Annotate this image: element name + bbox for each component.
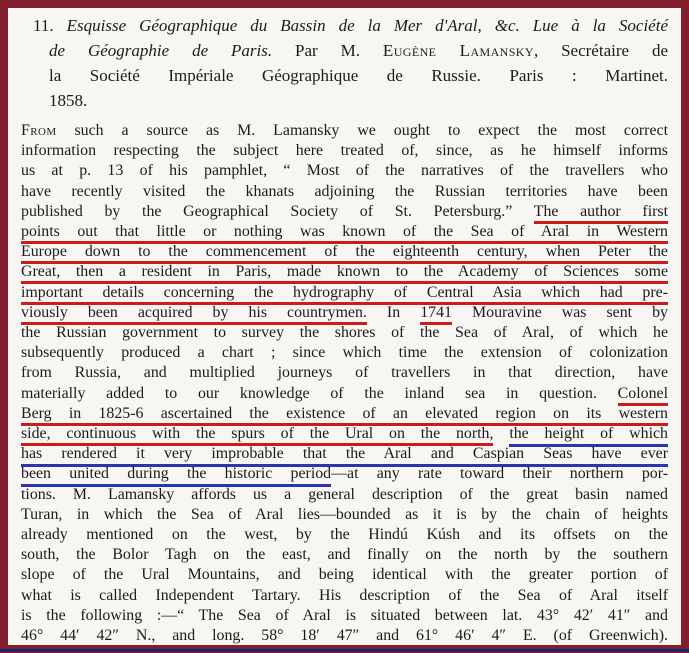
red-underlined-passage: viously been acquired by his countrymen. xyxy=(21,304,367,325)
body-line: Europe down to the commencement of the e… xyxy=(21,242,668,262)
body-line: side, continuous with the spurs of the U… xyxy=(21,424,668,444)
text-segment: Turan, in which the Sea of Aral lies—bou… xyxy=(21,506,668,523)
text-segment: what is called Independent Tartary. His … xyxy=(21,587,668,604)
body-line: Turan, in which the Sea of Aral lies—bou… xyxy=(21,505,668,525)
body-line: important details concerning the hydrogr… xyxy=(21,283,668,303)
text-segment: In xyxy=(367,304,420,321)
body-line: materially added to our knowledge of the… xyxy=(21,384,668,404)
body-line: south, the Bolor Tagh on the east, and f… xyxy=(21,545,668,565)
body-line: From such a source as M. Lamansky we oug… xyxy=(21,121,668,141)
text-segment: information respecting the subject here … xyxy=(21,142,668,159)
text-segment: slope of the Ural Mountains, and being i… xyxy=(21,566,668,583)
body-line: viously been acquired by his countrymen.… xyxy=(21,303,668,323)
text-segment: de Géographie de Paris. xyxy=(49,41,272,60)
body-line: has rendered it very improbable that the… xyxy=(21,444,668,464)
text-segment: Par M. xyxy=(272,41,383,60)
text-segment: materially added to our knowledge of the… xyxy=(21,385,618,402)
text-segment: Eugène Lamansky xyxy=(383,41,534,60)
text-segment: have recently visited the khanats adjoin… xyxy=(21,183,668,200)
text-segment: —at any rate toward their northern por- xyxy=(331,465,668,482)
page-sheet: 11. Esquisse Géographique du Bassin de l… xyxy=(8,8,681,645)
body-line: 46° 44′ 42″ N., and long. 58° 18′ 47″ an… xyxy=(21,626,668,645)
text-segment: 1858. xyxy=(49,91,87,110)
text-segment: la Société Impériale Géographique de Rus… xyxy=(49,66,668,85)
text-segment: 46° 44′ 42″ N., and long. 58° 18′ 47″ an… xyxy=(21,627,668,644)
body-line: slope of the Ural Mountains, and being i… xyxy=(21,565,668,585)
bottom-blue-rule xyxy=(0,649,689,652)
text-segment: published by the Geographical Society of… xyxy=(21,203,534,220)
red-underlined-passage: Colonel xyxy=(618,385,668,406)
body-line: Great, then a resident in Paris, made kn… xyxy=(21,262,668,282)
text-segment: us at p. 13 of his pamphlet, “ Most of t… xyxy=(21,162,668,179)
body-line: from Russia, and multiplied journeys of … xyxy=(21,363,668,383)
red-underlined-passage: Great, then a resident in Paris, made kn… xyxy=(21,263,668,284)
text-segment: from Russia, and multiplied journeys of … xyxy=(21,364,668,381)
heading-line: la Société Impériale Géographique de Rus… xyxy=(21,63,668,88)
bibliography-entry-heading: 11. Esquisse Géographique du Bassin de l… xyxy=(21,13,668,113)
body-line: Berg in 1825-6 ascertained the existence… xyxy=(21,404,668,424)
text-segment: 11. xyxy=(33,16,67,35)
text-segment: Esquisse Géographique du Bassin de la Me… xyxy=(67,16,668,35)
body-line: is the following :—“ The Sea of Aral is … xyxy=(21,606,668,626)
review-body: From such a source as M. Lamansky we oug… xyxy=(21,121,668,645)
text-segment: subsequently produced a chart ; since wh… xyxy=(21,344,668,361)
body-line: us at p. 13 of his pamphlet, “ Most of t… xyxy=(21,161,668,181)
text-segment: , Secrétaire de xyxy=(534,41,668,60)
body-line: what is called Independent Tartary. His … xyxy=(21,586,668,606)
text-segment xyxy=(493,425,509,442)
scanned-page: 11. Esquisse Géographique du Bassin de l… xyxy=(0,0,689,653)
body-line: tions. M. Lamansky affords us a general … xyxy=(21,485,668,505)
body-line: subsequently produced a chart ; since wh… xyxy=(21,343,668,363)
heading-line: 11. Esquisse Géographique du Bassin de l… xyxy=(21,13,668,38)
body-line: already mentioned on the west, by the Hi… xyxy=(21,525,668,545)
text-segment: is the following :—“ The Sea of Aral is … xyxy=(21,607,668,624)
heading-line: de Géographie de Paris. Par M. Eugène La… xyxy=(21,38,668,63)
heading-line: 1858. xyxy=(21,88,668,113)
text-segment: south, the Bolor Tagh on the east, and f… xyxy=(21,546,668,563)
red-underlined-passage: points out that little or nothing was kn… xyxy=(21,223,668,244)
body-line: have recently visited the khanats adjoin… xyxy=(21,182,668,202)
red-underlined-passage: side, continuous with the spurs of the U… xyxy=(21,425,493,446)
text-segment: tions. M. Lamansky affords us a general … xyxy=(21,486,668,503)
text-segment: already mentioned on the west, by the Hi… xyxy=(21,526,668,543)
text-segment: the Russian government to survey the sho… xyxy=(21,324,668,341)
text-segment: Mouravine was sent by xyxy=(452,304,668,321)
red-underlined-passage: 1741 xyxy=(420,304,452,325)
text-segment: such a source as M. Lamansky we ought to… xyxy=(57,122,669,139)
red-underlined-passage: important details concerning the hydrogr… xyxy=(21,284,668,305)
red-underlined-passage: Europe down to the commencement of the e… xyxy=(21,243,668,264)
red-underlined-passage: Berg in 1825-6 ascertained the existence… xyxy=(21,405,668,426)
body-line: the Russian government to survey the sho… xyxy=(21,323,668,343)
text-segment: From xyxy=(21,122,57,139)
body-line: published by the Geographical Society of… xyxy=(21,202,668,222)
body-line: information respecting the subject here … xyxy=(21,141,668,161)
body-line: been united during the historic period—a… xyxy=(21,464,668,484)
red-underlined-passage: The author first xyxy=(534,203,668,224)
body-line: points out that little or nothing was kn… xyxy=(21,222,668,242)
